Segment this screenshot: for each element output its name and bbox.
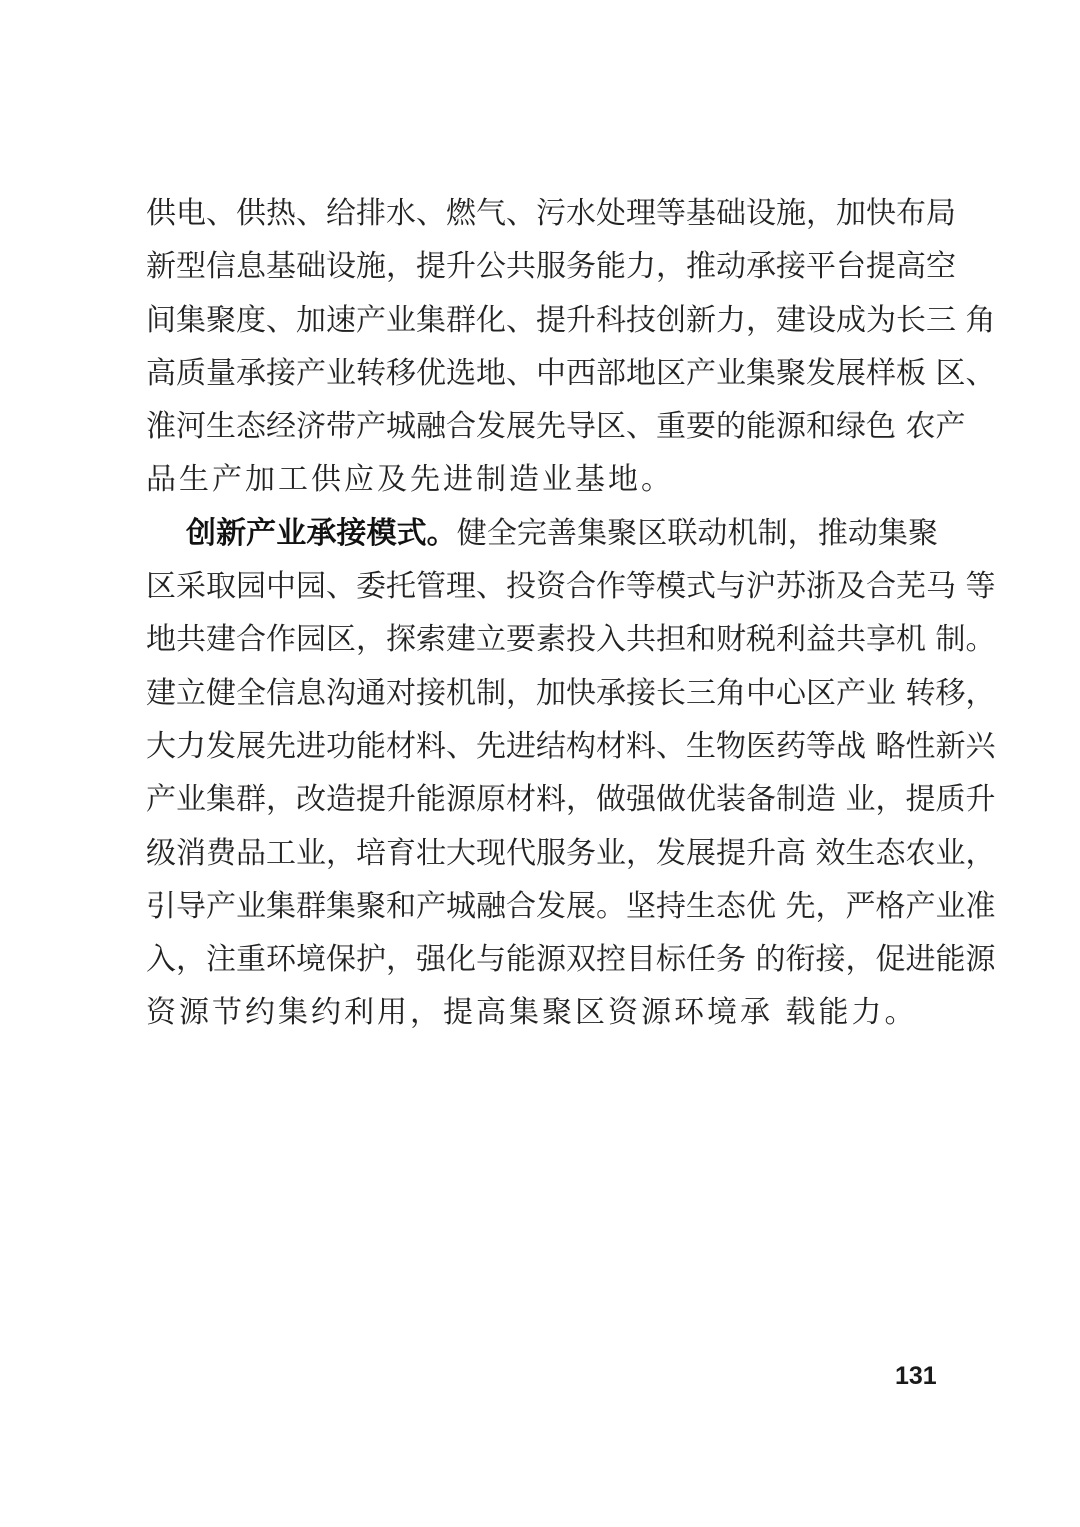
paragraph-1-line-2: 新型信息基础设施，提升公共服务能力，推动承接平台提高空 xyxy=(146,240,938,293)
paragraph-2-line-9: 入，注重环境保护，强化与能源双控目标任务 的衔接，促进能源 xyxy=(146,933,938,986)
paragraph-2-heading: 创新产业承接模式。 xyxy=(186,516,457,551)
paragraph-1-line-3: 间集聚度、加速产业集群化、提升科技创新力，建设成为长三 角 xyxy=(146,294,938,347)
paragraph-2-line-1: 创新产业承接模式。健全完善集聚区联动机制，推动集聚 xyxy=(146,507,938,560)
paragraph-1-line-1: 供电、供热、给排水、燃气、污水处理等基础设施，加快布局 xyxy=(146,187,938,240)
body-text: 供电、供热、给排水、燃气、污水处理等基础设施，加快布局 新型信息基础设施，提升公… xyxy=(146,187,938,1040)
page-number: 131 xyxy=(895,1362,937,1391)
document-page: 供电、供热、给排水、燃气、污水处理等基础设施，加快布局 新型信息基础设施，提升公… xyxy=(0,0,1080,1527)
paragraph-2-line-4: 建立健全信息沟通对接机制，加快承接长三角中心区产业 转移， xyxy=(146,667,938,720)
paragraph-2-line-10: 资源节约集约利用，提高集聚区资源环境承 载能力。 xyxy=(146,986,938,1039)
paragraph-1-line-4: 高质量承接产业转移优选地、中西部地区产业集聚发展样板 区、 xyxy=(146,347,938,400)
paragraph-2-line-5: 大力发展先进功能材料、先进结构材料、生物医药等战 略性新兴 xyxy=(146,720,938,773)
paragraph-2-line-8: 引导产业集群集聚和产城融合发展。坚持生态优 先，严格产业准 xyxy=(146,880,938,933)
paragraph-2-line-3: 地共建合作园区，探索建立要素投入共担和财税利益共享机 制。 xyxy=(146,613,938,666)
paragraph-2-line-2: 区采取园中园、委托管理、投资合作等模式与沪苏浙及合芜马 等 xyxy=(146,560,938,613)
paragraph-1-line-5: 淮河生态经济带产城融合发展先导区、重要的能源和绿色 农产 xyxy=(146,400,938,453)
paragraph-2-line-7: 级消费品工业，培育壮大现代服务业，发展提升高 效生态农业， xyxy=(146,827,938,880)
paragraph-2-line-6: 产业集群，改造提升能源原材料，做强做优装备制造 业，提质升 xyxy=(146,773,938,826)
paragraph-2-line-1-text: 健全完善集聚区联动机制，推动集聚 xyxy=(457,516,938,551)
paragraph-1-line-6: 品生产加工供应及先进制造业基地。 xyxy=(146,453,938,506)
